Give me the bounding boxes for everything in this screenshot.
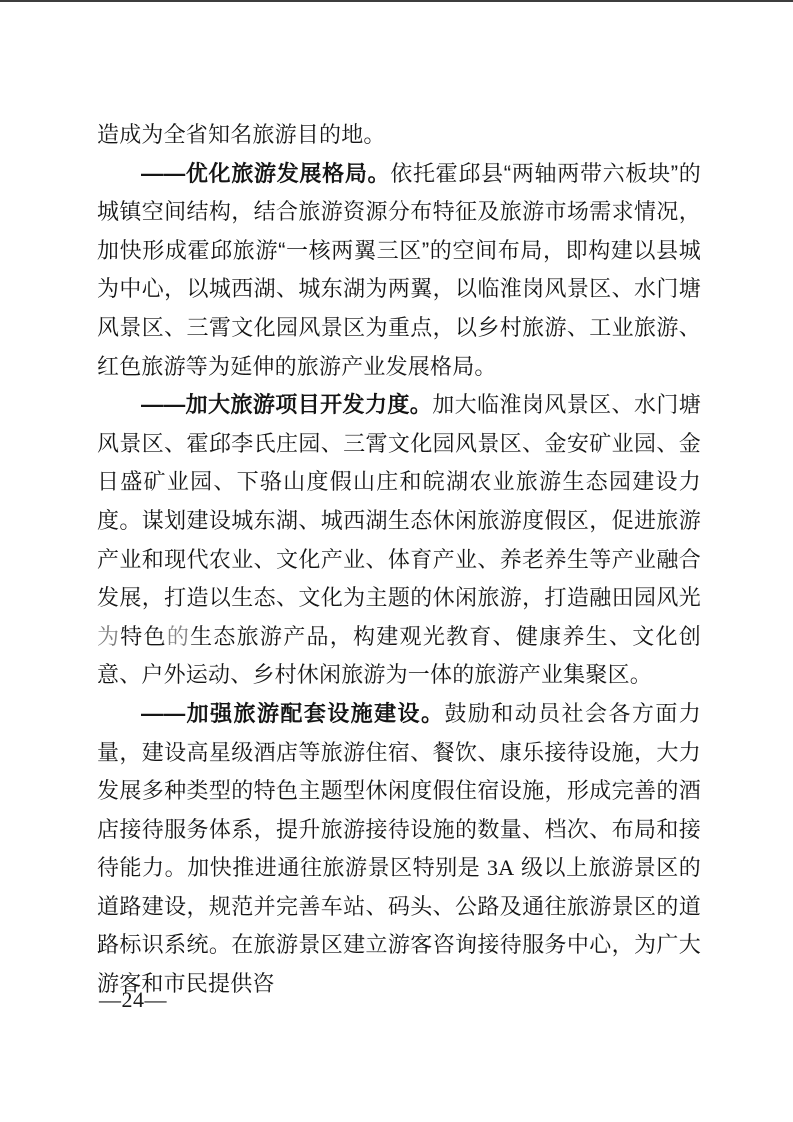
paragraph-heading: ——加大旅游项目开发力度。 — [141, 392, 432, 417]
paragraph-text-latin: 3A — [487, 855, 514, 880]
paragraph-text: 特色 — [120, 624, 167, 649]
paragraph-continuation: 造成为全省知名旅游目的地。 — [97, 116, 701, 155]
page-number: —24— — [99, 987, 167, 1013]
paragraph-text: 造成为全省知名旅游目的地。 — [97, 122, 386, 147]
paragraph-text: 加大临淮岗风景区、水门塘风景区、霍邱李氏庄园、三霄文化园风景区、金安矿业园、金日… — [97, 392, 701, 610]
paragraph-optimize-tourism-layout: ——优化旅游发展格局。依托霍邱县“两轴两带六板块”的城镇空间结构，结合旅游资源分… — [97, 155, 701, 387]
paragraph-heading: ——加强旅游配套设施建设。 — [141, 701, 444, 726]
scan-edge-line — [0, 0, 793, 2]
paragraph-text: 依托霍邱县“两轴两带六板块”的城镇空间结构，结合旅游资源分布特征及旅游市场需求情… — [97, 161, 701, 379]
paragraph-tourism-project-development: ——加大旅游项目开发力度。加大临淮岗风景区、水门塘风景区、霍邱李氏庄园、三霄文化… — [97, 386, 701, 695]
paragraph-text-light: 的 — [167, 624, 190, 649]
document-page: 造成为全省知名旅游目的地。 ——优化旅游发展格局。依托霍邱县“两轴两带六板块”的… — [0, 0, 793, 1122]
paragraph-tourism-facilities: ——加强旅游配套设施建设。鼓励和动员社会各方面力量，建设高星级酒店等旅游住宿、餐… — [97, 695, 701, 1004]
paragraph-text: 鼓励和动员社会各方面力量，建设高星级酒店等旅游住宿、餐饮、康乐接待设施，大力发展… — [97, 701, 701, 880]
document-body: 造成为全省知名旅游目的地。 ——优化旅游发展格局。依托霍邱县“两轴两带六板块”的… — [97, 116, 701, 1004]
paragraph-text-light: 为 — [97, 624, 120, 649]
paragraph-heading: ——优化旅游发展格局。 — [141, 161, 390, 186]
